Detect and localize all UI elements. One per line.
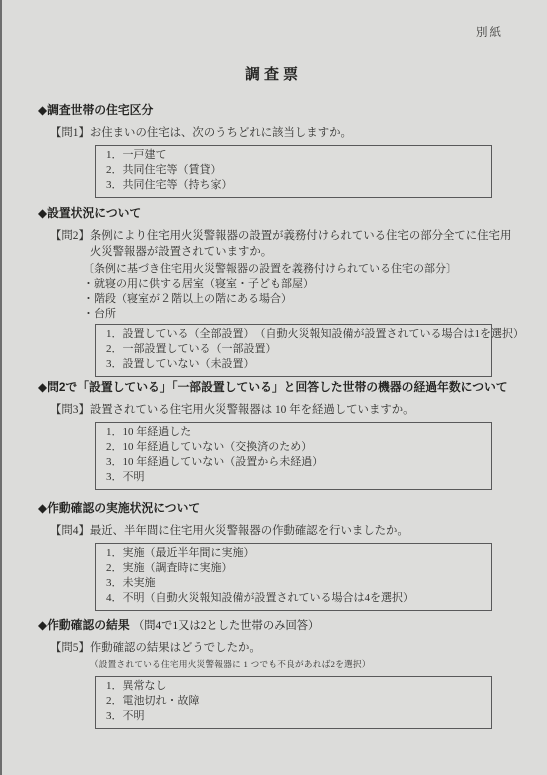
question-1: 【問1】 お住まいの住宅は、次のうちどれに該当しますか。 <box>50 125 547 141</box>
question-5-option-3: 3．不明 <box>106 709 485 724</box>
question-5-option-2: 2．電池切れ・故障 <box>106 694 485 709</box>
section-heading-installation-status: ◆設置状況について <box>38 204 547 221</box>
question-2-note-item-3: ・台所 <box>83 307 547 322</box>
section-heading-check-result-main: ◆作動確認の結果 <box>38 618 130 632</box>
question-5-option-1: 1．異常なし <box>106 679 485 694</box>
survey-document-page: 別紙 調査票 ◆調査世帯の住宅区分 【問1】 お住まいの住宅は、次のうちどれに該… <box>0 0 547 775</box>
section-heading-device-age: ◆問2で「設置している」「一部設置している」と回答した世帯の機器の経過年数につい… <box>38 378 547 395</box>
question-3-option-3: 3．10 年経過していない（設置から未経過） <box>106 455 485 470</box>
question-2-note-title: 〔条例に基づき住宅用火災警報器の設置を義務付けられている住宅の部分〕 <box>83 262 547 277</box>
section-housing-type: ◆調査世帯の住宅区分 【問1】 お住まいの住宅は、次のうちどれに該当しますか。 … <box>0 101 547 198</box>
question-5-text: 作動確認の結果はどうでしたか。 （設置されている住宅用火災警報器に 1 つでも不… <box>90 640 514 672</box>
question-4-answer-box: 1．実施（最近半年間に実施） 2．実施（調査時に実施） 3．未実施 4．不明（自… <box>95 543 492 611</box>
question-1-option-2: 2．共同住宅等（賃貸） <box>106 163 485 178</box>
question-2-answer-box: 1．設置している（全部設置） （自動火災報知設備が設置されている場合は1を選択）… <box>95 324 492 377</box>
question-3-option-4: 3．不明 <box>106 470 485 485</box>
question-1-answer-box: 1．一戸建て 2．共同住宅等（賃貸） 3．共同住宅等（持ち家） <box>95 145 492 198</box>
question-2-text: 条例により住宅用火災警報器の設置が義務付けられている住宅の部分全てに住宅用火災警… <box>90 228 514 260</box>
question-5-text-main: 作動確認の結果はどうでしたか。 <box>90 642 261 654</box>
section-operation-check: ◆作動確認の実施状況について 【問4】 最近、半年間に住宅用火災警報器の作動確認… <box>0 499 547 611</box>
question-3-text: 設置されている住宅用火災警報器は 10 年を経過していますか。 <box>90 402 514 418</box>
section-heading-check-result-suffix: （問4で1又は2とした世帯のみ回答） <box>133 620 319 632</box>
question-3-answer-box: 1．10 年経過した 2．10 年経過していない（交換済のため） 3．10 年経… <box>95 422 492 490</box>
question-3-label: 【問3】 <box>50 402 90 418</box>
corner-label: 別紙 <box>476 24 503 40</box>
section-check-result: ◆作動確認の結果 （問4で1又は2とした世帯のみ回答） 【問5】 作動確認の結果… <box>0 616 547 729</box>
question-4-option-4: 4．不明（自動火災報知設備が設置されている場合は4を選択） <box>106 591 485 606</box>
question-3: 【問3】 設置されている住宅用火災警報器は 10 年を経過していますか。 <box>50 402 547 418</box>
section-heading-operation-check: ◆作動確認の実施状況について <box>38 499 547 516</box>
question-2-option-1: 1．設置している（全部設置） （自動火災報知設備が設置されている場合は1を選択） <box>106 327 485 342</box>
section-device-age: ◆問2で「設置している」「一部設置している」と回答した世帯の機器の経過年数につい… <box>0 378 547 490</box>
section-heading-housing-type: ◆調査世帯の住宅区分 <box>38 101 547 118</box>
question-1-option-3: 3．共同住宅等（持ち家） <box>106 178 485 193</box>
question-4-text: 最近、半年間に住宅用火災警報器の作動確認を行いましたか。 <box>90 523 514 539</box>
question-2-note-item-1: ・就寝の用に供する居室（寝室・子ども部屋） <box>83 277 547 292</box>
question-3-option-2: 2．10 年経過していない（交換済のため） <box>106 440 485 455</box>
question-1-label: 【問1】 <box>50 125 90 141</box>
question-1-option-1: 1．一戸建て <box>106 148 485 163</box>
section-heading-check-result: ◆作動確認の結果 （問4で1又は2とした世帯のみ回答） <box>38 616 547 633</box>
question-3-option-1: 1．10 年経過した <box>106 425 485 440</box>
question-4-option-3: 3．未実施 <box>106 576 485 591</box>
question-2-option-3: 3．設置していない（未設置） <box>106 357 485 372</box>
question-2-option-2: 2．一部設置している（一部設置） <box>106 342 485 357</box>
question-5-small-note: （設置されている住宅用火災警報器に 1 つでも不良があれば2を選択） <box>90 659 371 669</box>
question-4: 【問4】 最近、半年間に住宅用火災警報器の作動確認を行いましたか。 <box>50 523 547 539</box>
question-5: 【問5】 作動確認の結果はどうでしたか。 （設置されている住宅用火災警報器に 1… <box>50 640 547 672</box>
question-4-option-1: 1．実施（最近半年間に実施） <box>106 546 485 561</box>
page-title: 調査票 <box>0 63 547 84</box>
question-5-answer-box: 1．異常なし 2．電池切れ・故障 3．不明 <box>95 676 492 729</box>
question-4-label: 【問4】 <box>50 523 90 539</box>
question-5-label: 【問5】 <box>50 640 90 656</box>
question-4-option-2: 2．実施（調査時に実施） <box>106 561 485 576</box>
section-installation-status: ◆設置状況について 【問2】 条例により住宅用火災警報器の設置が義務付けられてい… <box>0 204 547 377</box>
question-2-note-item-2: ・階段（寝室が２階以上の階にある場合） <box>83 292 547 307</box>
question-2: 【問2】 条例により住宅用火災警報器の設置が義務付けられている住宅の部分全てに住… <box>50 228 547 260</box>
question-2-label: 【問2】 <box>50 228 90 244</box>
question-2-note-block: 〔条例に基づき住宅用火災警報器の設置を義務付けられている住宅の部分〕 ・就寝の用… <box>83 262 547 322</box>
question-1-text: お住まいの住宅は、次のうちどれに該当しますか。 <box>90 125 514 141</box>
